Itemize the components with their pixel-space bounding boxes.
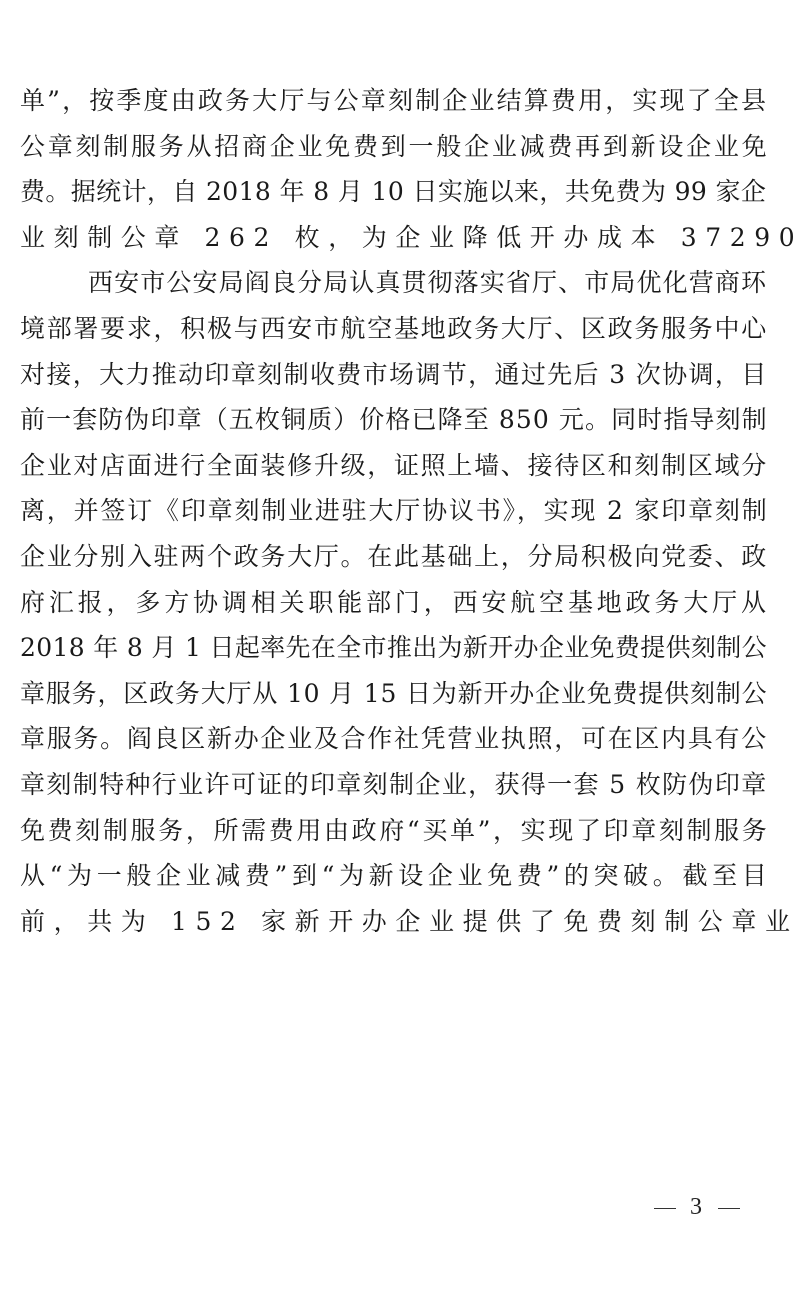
text-line: 2018 年 8 月 1 日起率先在全市推出为新开办企业免费提供刻制公 xyxy=(20,625,775,671)
document-page: 单”，按季度由政务大厅与公章刻制企业结算费用，实现了全县公章刻制服务从招商企业免… xyxy=(0,0,793,1297)
left-dash xyxy=(654,1208,676,1209)
text-line: 对接，大力推动印章刻制收费市场调节，通过先后 3 次协调，目 xyxy=(20,352,775,398)
text-line: 从“为一般企业减费”到“为新设企业免费”的突破。截至目 xyxy=(20,853,775,899)
text-line: 章服务，区政务大厅从 10 月 15 日为新开办企业免费提供刻制公 xyxy=(20,671,775,717)
text-line: 章服务。阎良区新办企业及合作社凭营业执照，可在区内具有公 xyxy=(20,716,775,762)
text-line: 单”，按季度由政务大厅与公章刻制企业结算费用，实现了全县 xyxy=(20,78,775,124)
text-line: 前一套防伪印章（五枚铜质）价格已降至 850 元。同时指导刻制 xyxy=(20,397,775,443)
text-line: 企业对店面进行全面装修升级，证照上墙、接待区和刻制区域分 xyxy=(20,443,775,489)
text-line: 费。据统计，自 2018 年 8 月 10 日实施以来，共免费为 99 家企 xyxy=(20,169,775,215)
text-line: 西安市公安局阎良分局认真贯彻落实省厅、市局优化营商环 xyxy=(20,260,775,306)
text-line: 章刻制特种行业许可证的印章刻制企业，获得一套 5 枚防伪印章 xyxy=(20,762,775,808)
text-line: 企业分别入驻两个政务大厅。在此基础上，分局积极向党委、政 xyxy=(20,534,775,580)
page-number-footer: 3 xyxy=(640,1194,754,1221)
text-line: 府汇报，多方协调相关职能部门，西安航空基地政务大厅从 xyxy=(20,580,775,626)
text-line: 免费刻制服务，所需费用由政府“买单”，实现了印章刻制服务 xyxy=(20,808,775,854)
page-number: 3 xyxy=(690,1194,704,1220)
body-text: 单”，按季度由政务大厅与公章刻制企业结算费用，实现了全县公章刻制服务从招商企业免… xyxy=(20,78,775,944)
text-line: 公章刻制服务从招商企业免费到一般企业减费再到新设企业免 xyxy=(20,124,775,170)
text-line: 业刻制公章 262 枚，为企业降低开办成本 37290 元。 xyxy=(20,215,775,261)
right-dash xyxy=(718,1208,740,1209)
text-line: 前，共为 152 家新开办企业提供了免费刻制公章业务。 xyxy=(20,899,775,945)
text-line: 离，并签订《印章刻制业进驻大厅协议书》，实现 2 家印章刻制 xyxy=(20,488,775,534)
text-line: 境部署要求，积极与西安市航空基地政务大厅、区政务服务中心 xyxy=(20,306,775,352)
